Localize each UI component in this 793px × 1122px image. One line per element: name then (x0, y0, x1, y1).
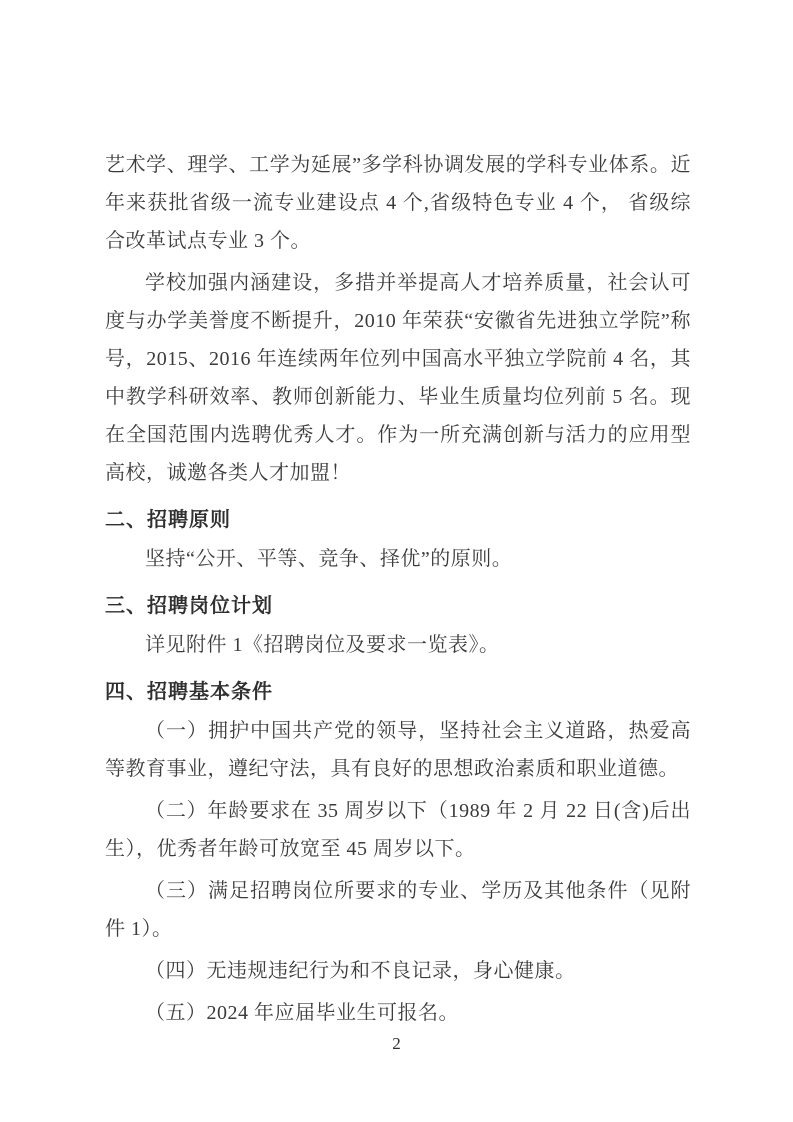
document-page: 艺术学、理学、工学为延展”多学科协调发展的学科专业体系。近年来获批省级一流专业建… (0, 0, 793, 1122)
heading-basic-requirements: 四、招聘基本条件 (105, 673, 691, 711)
paragraph-requirement-5: （五）2024 年应届毕业生可报名。 (105, 994, 691, 1032)
paragraph-discipline-system: 艺术学、理学、工学为延展”多学科协调发展的学科专业体系。近年来获批省级一流专业建… (105, 146, 691, 260)
document-content: 艺术学、理学、工学为延展”多学科协调发展的学科专业体系。近年来获批省级一流专业建… (105, 146, 691, 1036)
paragraph-school-reputation: 学校加强内涵建设，多措并举提高人才培养质量，社会认可度与办学美誉度不断提升，20… (105, 264, 691, 492)
paragraph-requirement-1: （一）拥护中国共产党的领导，坚持社会主义道路，热爱高等教育事业，遵纪守法，具有良… (105, 712, 691, 788)
paragraph-position-plan-detail: 详见附件 1《招聘岗位及要求一览表》。 (105, 626, 691, 664)
paragraph-requirement-2: （二）年龄要求在 35 周岁以下（1989 年 2 月 22 日(含)后出生），… (105, 792, 691, 868)
paragraph-principles-detail: 坚持“公开、平等、竞争、择优”的原则。 (105, 540, 691, 578)
heading-recruitment-position-plan: 三、招聘岗位计划 (105, 587, 691, 625)
paragraph-requirement-4: （四）无违规违纪行为和不良记录，身心健康。 (105, 952, 691, 990)
heading-recruitment-principles: 二、招聘原则 (105, 501, 691, 539)
paragraph-requirement-3: （三）满足招聘岗位所要求的专业、学历及其他条件（见附件 1）。 (105, 872, 691, 948)
page-number: 2 (0, 1034, 793, 1054)
